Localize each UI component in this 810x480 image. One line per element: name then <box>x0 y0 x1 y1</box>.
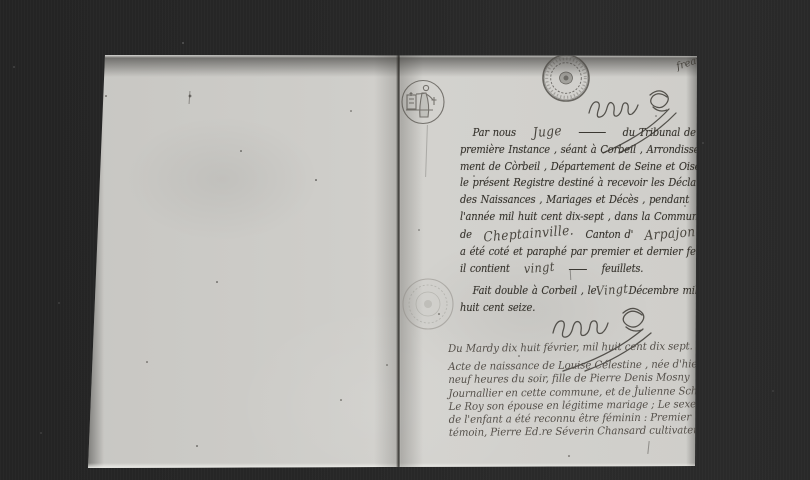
printed-paragraph: Par nous Juge du Tribunal de première In… <box>460 124 696 278</box>
handwritten-word-canton: Arpajon <box>644 224 696 245</box>
handwritten-word-juge: Juge <box>532 123 562 142</box>
paper-crease <box>425 125 428 177</box>
faint-round-stamp-icon <box>401 277 455 331</box>
handwritten-word-count: vingt <box>524 259 556 278</box>
filler-rule <box>569 269 587 270</box>
acte-date-line: Du Mardy dix huit février, mil huit cent… <box>448 340 696 356</box>
paragraph-line: le présent Registre destiné à recevoir l… <box>460 175 696 192</box>
paragraph-line: de Cheptainville. Canton d' Arpajon <box>460 226 696 244</box>
printed-text: de <box>460 227 472 244</box>
printed-text: feuillets. <box>602 261 644 278</box>
acte-line: témoin, Pierre Ed.re Séverin Chansard cu… <box>449 425 697 441</box>
scanned-register-photo: freard Par nous Juge du Tribunal de <box>0 0 810 480</box>
paper-specks <box>88 55 90 57</box>
gutter-shadow <box>374 55 398 468</box>
right-page: freard Par nous Juge du Tribunal de <box>398 55 697 468</box>
justice-figure-seal-icon <box>400 79 446 125</box>
paragraph-line: des Naissances , Mariages et Décès , pen… <box>460 192 696 209</box>
printed-text: Canton d' <box>586 227 634 244</box>
paragraph-line: ment de Còrbeil , Département de Seine e… <box>460 159 696 176</box>
paragraph-line: a été coté et paraphé par premier et der… <box>460 244 696 261</box>
printed-text: il contient <box>460 261 510 278</box>
printed-text: du Tribunal de <box>623 125 696 142</box>
handwritten-word-commune: Cheptainville. <box>483 222 574 246</box>
filler-rule <box>579 132 606 133</box>
dust-specks <box>0 0 2 2</box>
paragraph-line: première Instance , séant à Corbeil , Ar… <box>460 142 696 159</box>
paragraph-line: il contient vingt feuillets. <box>460 260 696 278</box>
paragraph-line: l'année mil huit cent dix-sept , dans la… <box>460 209 696 226</box>
paragraph-line: Par nous Juge du Tribunal de <box>460 124 696 142</box>
printed-text: Par nous <box>473 125 516 142</box>
handwritten-acte: Du Mardy dix huit février, mil huit cent… <box>448 340 697 440</box>
left-page-blank <box>88 55 396 468</box>
book-spread: freard Par nous Juge du Tribunal de <box>88 55 697 468</box>
